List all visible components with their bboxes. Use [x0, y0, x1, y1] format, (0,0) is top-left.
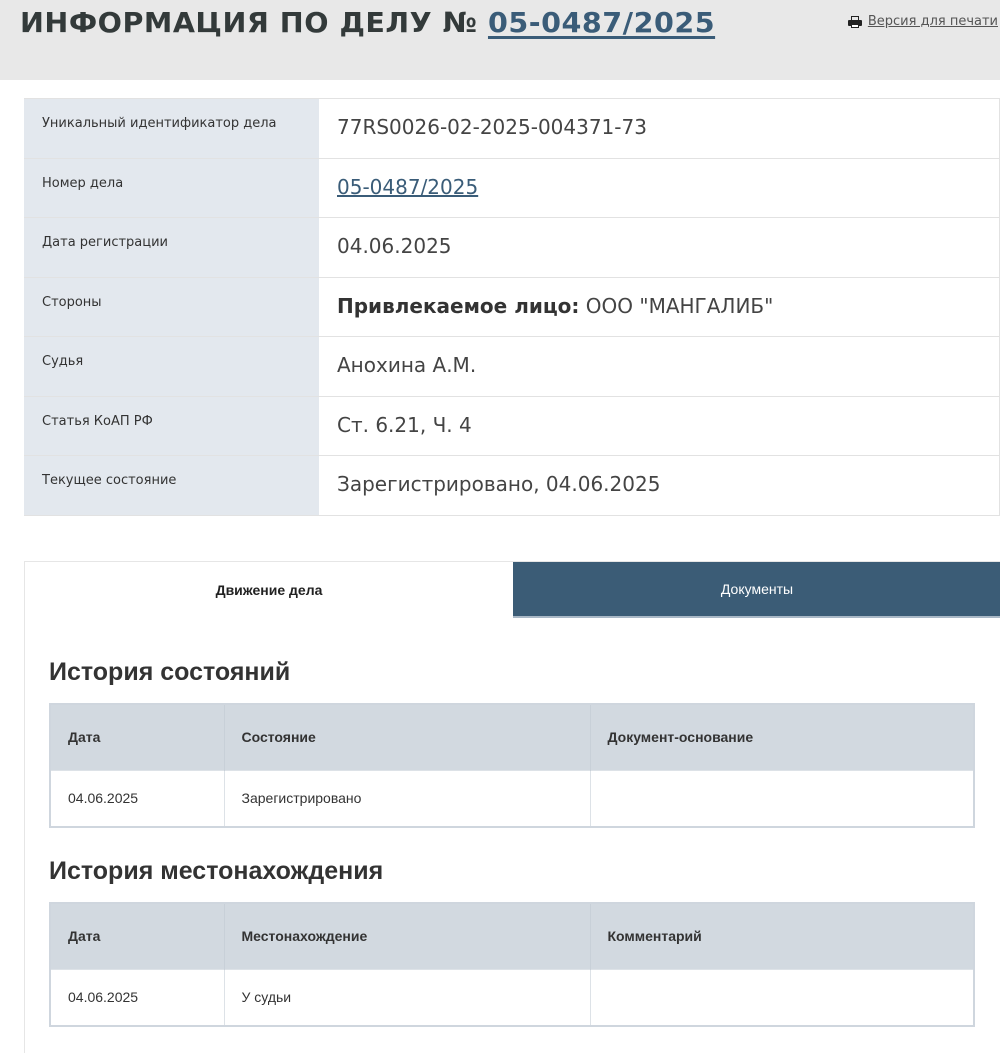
print-version-label[interactable]: Версия для печати [868, 14, 998, 29]
info-row-current-state: Текущее состояние Зарегистрировано, 04.0… [24, 456, 1000, 516]
info-value: Привлекаемое лицо: ООО "МАНГАЛИБ" [319, 278, 1000, 337]
info-row-case-number: Номер дела 05-0487/2025 [24, 159, 1000, 219]
info-row-article: Статья КоАП РФ Ст. 6.21, Ч. 4 [24, 397, 1000, 457]
info-label: Статья КоАП РФ [24, 397, 319, 456]
info-value: 04.06.2025 [319, 218, 1000, 277]
cell-document [590, 770, 974, 827]
column-header-date: Дата [50, 903, 224, 969]
info-value: 77RS0026-02-2025-004371-73 [319, 99, 1000, 158]
tab-case-movement[interactable]: Движение дела [25, 562, 513, 618]
case-number-value-link[interactable]: 05-0487/2025 [337, 175, 478, 199]
info-row-uid: Уникальный идентификатор дела 77RS0026-0… [24, 99, 1000, 159]
info-label: Дата регистрации [24, 218, 319, 277]
state-history-table: Дата Состояние Документ-основание 04.06.… [49, 703, 975, 828]
info-value: Ст. 6.21, Ч. 4 [319, 397, 1000, 456]
cell-date: 04.06.2025 [50, 969, 224, 1026]
printer-icon [848, 16, 862, 28]
cell-state: Зарегистрировано [224, 770, 590, 827]
column-header-location: Местонахождение [224, 903, 590, 969]
info-row-judge: Судья Анохина А.М. [24, 337, 1000, 397]
column-header-document: Документ-основание [590, 704, 974, 770]
info-row-registration-date: Дата регистрации 04.06.2025 [24, 218, 1000, 278]
info-value: 05-0487/2025 [319, 159, 1000, 218]
info-value: Зарегистрировано, 04.06.2025 [319, 456, 1000, 515]
info-label: Стороны [24, 278, 319, 337]
column-header-comment: Комментарий [590, 903, 974, 969]
column-header-date: Дата [50, 704, 224, 770]
print-version-link[interactable]: Версия для печати [848, 14, 998, 29]
info-label: Уникальный идентификатор дела [24, 99, 319, 158]
location-history-title: История местонахождения [49, 857, 383, 886]
table-row: 04.06.2025 Зарегистрировано [50, 770, 974, 827]
cell-location: У судьи [224, 969, 590, 1026]
page-header: ИНФОРМАЦИЯ ПО ДЕЛУ № 05-0487/2025 Версия… [0, 0, 1000, 80]
location-history-table: Дата Местонахождение Комментарий 04.06.2… [49, 902, 975, 1027]
tab-documents[interactable]: Документы [513, 562, 1000, 618]
cell-date: 04.06.2025 [50, 770, 224, 827]
party-name: ООО "МАНГАЛИБ" [586, 294, 774, 318]
table-row: 04.06.2025 У судьи [50, 969, 974, 1026]
page-title: ИНФОРМАЦИЯ ПО ДЕЛУ № 05-0487/2025 [20, 6, 715, 39]
info-label: Номер дела [24, 159, 319, 218]
party-role: Привлекаемое лицо: [337, 294, 579, 318]
state-history-title: История состояний [49, 658, 290, 687]
case-number-link[interactable]: 05-0487/2025 [488, 6, 715, 39]
case-info-table: Уникальный идентификатор дела 77RS0026-0… [24, 98, 1000, 516]
info-label: Текущее состояние [24, 456, 319, 515]
info-row-parties: Стороны Привлекаемое лицо: ООО "МАНГАЛИБ… [24, 278, 1000, 338]
column-header-state: Состояние [224, 704, 590, 770]
page-title-prefix: ИНФОРМАЦИЯ ПО ДЕЛУ № [20, 6, 478, 39]
cell-comment [590, 969, 974, 1026]
info-value: Анохина А.М. [319, 337, 1000, 396]
info-label: Судья [24, 337, 319, 396]
tabs-panel: Движение дела Документы История состояни… [24, 561, 1000, 1053]
